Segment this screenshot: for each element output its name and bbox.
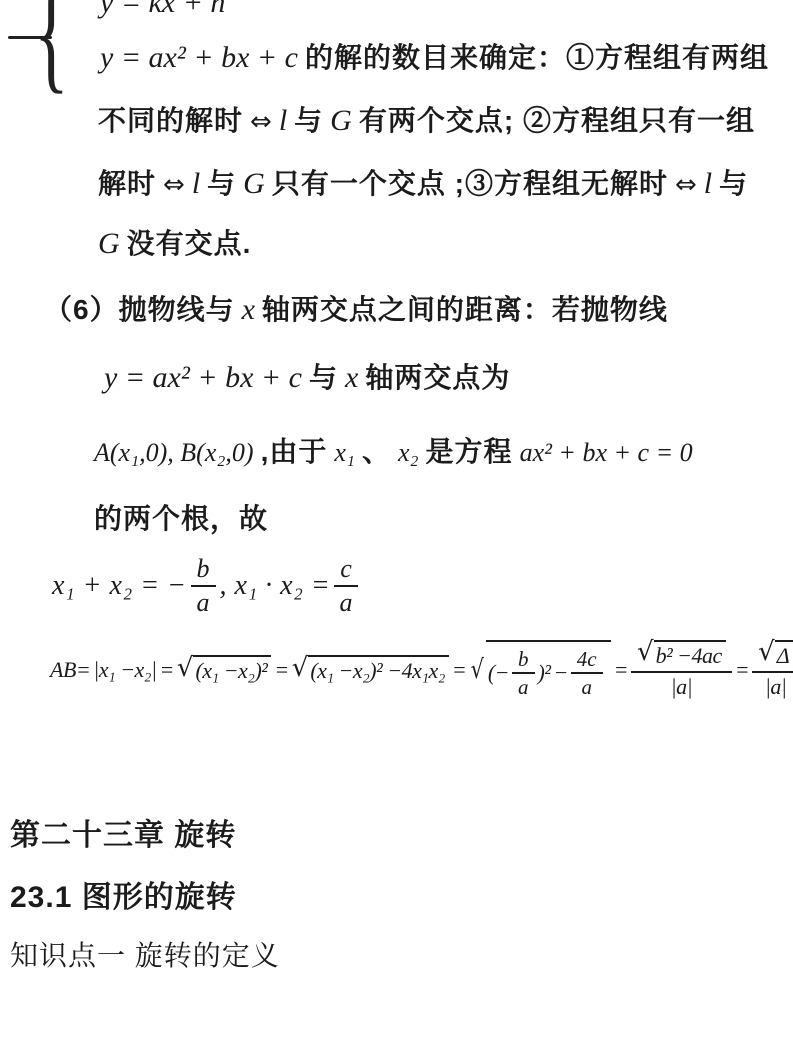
text-solution-count: 的解的数目来确定：①方程组有两组 xyxy=(305,36,769,76)
item-6-conclusion-line: 的两个根，故 xyxy=(94,497,268,537)
math-eq-quadratic: y = ax² + bx + c xyxy=(104,361,302,395)
item-6-roots-line: A(x₁,0), B(x₂,0) ,由于 x₁ 、 x₂ 是方程 ax² + b… xyxy=(94,430,693,470)
math-eq-zero: ax² + bx + c = 0 xyxy=(520,438,693,468)
text-segment: （6）抛物线与 xyxy=(44,288,235,328)
fraction-numerator: √ b² −4ac xyxy=(631,640,732,673)
iff-arrow-icon: ⇔ xyxy=(250,107,272,137)
fraction-numerator: 4c xyxy=(571,647,603,674)
math-points-AB: A(x₁,0), B(x₂,0) xyxy=(94,438,254,468)
fraction-b-over-a: b a xyxy=(512,647,535,699)
radical-content: b² −4ac xyxy=(654,640,726,668)
radical-delta: √ Δ xyxy=(758,640,793,670)
radical-content: (x₁ −x₂)² xyxy=(193,655,271,684)
text-segment: 轴两交点之间的距离：若抛物线 xyxy=(262,288,668,328)
sqrt-icon: √ xyxy=(471,659,484,681)
text-segment: 与 xyxy=(719,162,748,202)
sqrt-icon: √ xyxy=(637,638,654,668)
knowledge-point-heading: 知识点一 旋转的定义 xyxy=(10,934,280,974)
fraction-4c-over-a: 4c a xyxy=(571,647,603,699)
equals-sign: = xyxy=(274,657,288,683)
document-page: { y = kx + n y = ax² + bx + c 的解的数目来确定：①… xyxy=(0,0,793,1041)
math-sum-lhs: x₁ + x₂ = − xyxy=(52,570,187,602)
text-segment: 与 xyxy=(207,162,236,202)
fraction-denominator: a xyxy=(571,674,603,699)
sqrt-icon: √ xyxy=(758,638,775,668)
math-l: l xyxy=(279,104,287,138)
fraction-denominator: a xyxy=(191,587,216,618)
fraction-numerator: √ Δ xyxy=(752,640,793,673)
radical-content: Δ xyxy=(775,640,793,668)
chapter-heading: 第二十三章 旋转 xyxy=(10,810,236,854)
text-segment: 轴两交点为 xyxy=(365,356,510,396)
system-brace-icon: { xyxy=(34,0,69,98)
system-equation-top: y = kx + n xyxy=(100,0,225,20)
item-6-heading: （6）抛物线与 x 轴两交点之间的距离：若抛物线 xyxy=(44,288,668,328)
fraction-denominator: |a| xyxy=(752,673,793,699)
radical-squared-diff: √ (x₁ −x₂)² xyxy=(177,655,272,685)
text-segment: 没有交点. xyxy=(127,222,252,262)
fraction-delta: √ Δ |a| xyxy=(752,640,793,699)
math-x2: x₂ xyxy=(398,438,419,468)
text-line-two-intersections: 不同的解时 ⇔ l 与 G 有两个交点; ②方程组只有一组 xyxy=(98,99,755,139)
math-G: G xyxy=(330,104,352,138)
math-x: x xyxy=(242,293,255,327)
radical-discriminant: √ b² −4ac xyxy=(637,640,726,670)
equals-sign: = xyxy=(452,657,466,683)
text-segment: 与 xyxy=(309,356,338,396)
iff-arrow-icon: ⇔ xyxy=(163,170,185,200)
section-heading: 23.1 图形的旋转 xyxy=(10,872,237,916)
math-abs-diff: |x₁ −x₂| xyxy=(93,657,156,683)
radical-content: (− b a )² − 4c a xyxy=(486,640,611,699)
text-segment: 的两个根，故 xyxy=(94,497,268,537)
fraction-c-over-a: c a xyxy=(334,554,358,618)
radical-expanded: √ (x₁ −x₂)² −4x₁x₂ xyxy=(292,655,449,685)
fraction-discriminant: √ b² −4ac |a| xyxy=(631,640,732,699)
minus-sign: − xyxy=(553,660,567,686)
text-segment: 、 xyxy=(362,430,391,470)
math-product-mid: , x₁ · x₂ = xyxy=(220,570,331,602)
fraction-b-over-a: b a xyxy=(191,554,216,618)
text-segment: 是方程 xyxy=(426,430,513,470)
iff-arrow-icon: ⇔ xyxy=(675,170,697,200)
text-line-one-intersection: 解时 ⇔ l 与 G 只有一个交点 ;③方程组无解时 ⇔ l 与 xyxy=(98,162,748,202)
radical-content: (x₁ −x₂)² −4x₁x₂ xyxy=(308,655,449,684)
text-segment: ,由于 xyxy=(261,430,328,470)
fraction-denominator: a xyxy=(512,674,535,699)
math-l: l xyxy=(192,167,200,201)
math-l: l xyxy=(704,167,712,201)
text-segment: 只有一个交点 ;③方程组无解时 xyxy=(272,162,668,202)
formula-ab-distance: AB= |x₁ −x₂| = √ (x₁ −x₂)² = √ (x₁ −x₂)²… xyxy=(50,640,793,699)
equals-sign: = xyxy=(160,657,174,683)
fraction-denominator: a xyxy=(334,587,358,618)
paren-open: (− xyxy=(488,660,509,686)
item-6-equation-line: y = ax² + bx + c 与 x 轴两交点为 xyxy=(104,356,510,396)
math-x: x xyxy=(345,361,358,395)
math-eq-quadratic: y = ax² + bx + c xyxy=(100,41,298,75)
math-G: G xyxy=(243,167,265,201)
fraction-denominator: |a| xyxy=(631,673,732,699)
system-equation-bottom: y = ax² + bx + c 的解的数目来确定：①方程组有两组 xyxy=(100,36,769,76)
equals-sign: = xyxy=(614,657,628,683)
math-eq-kx-n: y = kx + n xyxy=(100,0,225,20)
math-G: G xyxy=(98,227,120,261)
sqrt-icon: √ xyxy=(177,653,194,683)
equals-sign: = xyxy=(735,657,749,683)
fraction-numerator: b xyxy=(512,647,535,674)
formula-vieta: x₁ + x₂ = − b a , x₁ · x₂ = c a xyxy=(52,554,358,618)
math-x1: x₁ xyxy=(334,438,355,468)
sqrt-icon: √ xyxy=(292,653,309,683)
text-segment: 解时 xyxy=(98,162,156,202)
text-segment: 与 xyxy=(294,99,323,139)
paren-close-squared: )² xyxy=(538,660,551,686)
fraction-numerator: b xyxy=(191,554,216,587)
text-line-no-intersection: G 没有交点. xyxy=(98,222,251,262)
text-segment: 有两个交点; ②方程组只有一组 xyxy=(359,99,755,139)
fraction-numerator: c xyxy=(334,554,358,587)
math-AB: AB= xyxy=(50,657,90,683)
text-segment: 不同的解时 xyxy=(98,99,243,139)
radical-with-fractions: √ (− b a )² − 4c a xyxy=(469,640,610,699)
